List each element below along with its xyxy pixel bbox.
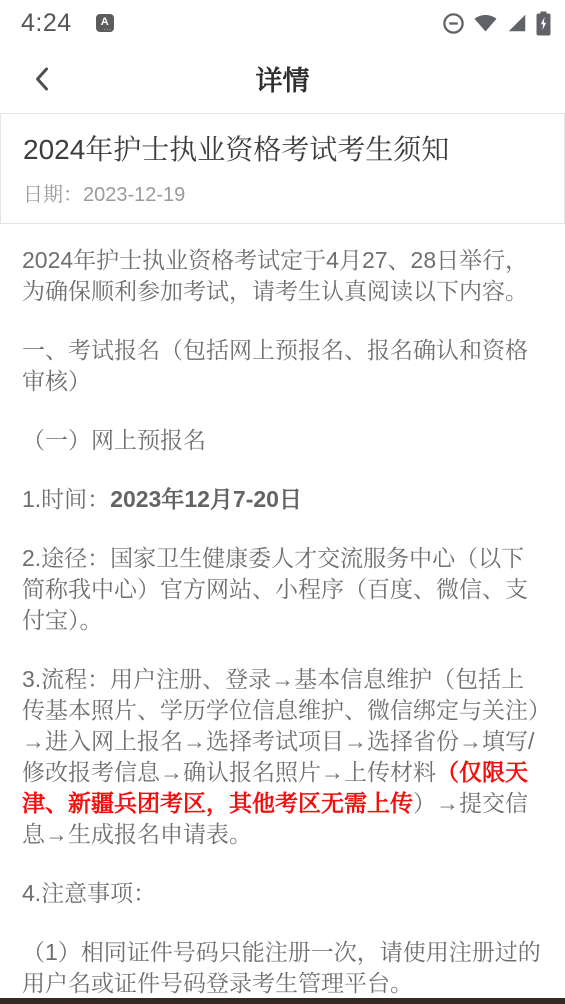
battery-charging-icon: [536, 11, 551, 36]
app-badge-dots: ...: [104, 28, 112, 31]
article-date-label: 日期：: [23, 184, 83, 206]
paragraph-intro: 2024年护士执业资格考试定于4月27、28日举行，为确保顺利参加考试，请考生认…: [22, 245, 543, 307]
paragraph-section1: 一、考试报名（包括网上预报名、报名确认和资格审核）: [22, 335, 543, 397]
page-title: 详情: [256, 59, 310, 98]
status-time: 4:24: [21, 9, 72, 38]
paragraph-process: 3.流程：用户注册、登录→基本信息维护（包括上传基本照片、学历学位信息维护、微信…: [22, 664, 543, 850]
paragraph-channel: 2.途径：国家卫生健康委人才交流服务中心（以下简称我中心）官方网站、小程序（百度…: [22, 543, 543, 636]
paragraph-time: 1.时间：2023年12月7-20日: [22, 484, 543, 515]
status-bar-right: [442, 11, 551, 36]
back-button[interactable]: [26, 63, 58, 95]
time-value: 2023年12月7-20日: [110, 486, 302, 512]
header: 详情: [0, 44, 565, 113]
article-date-value: 2023-12-19: [83, 184, 185, 206]
article-body: 2024年护士执业资格考试定于4月27、28日举行，为确保顺利参加考试，请考生认…: [0, 224, 565, 999]
notification-app-icon: A ...: [96, 14, 114, 32]
paragraph-note1: （1）相同证件号码只能注册一次，请使用注册过的用户名或证件号码登录考生管理平台。: [22, 937, 543, 999]
wifi-icon: [473, 12, 498, 34]
status-bar-left: 4:24 A ...: [21, 9, 114, 38]
article-header: 2024年护士执业资格考试考生须知 日期：2023-12-19: [0, 113, 565, 224]
time-label: 1.时间：: [22, 486, 110, 512]
article-date: 日期：2023-12-19: [23, 178, 542, 207]
navigation-bar-strip: [0, 998, 565, 1004]
chevron-left-icon: [32, 66, 52, 92]
status-bar: 4:24 A ...: [0, 0, 565, 44]
cellular-signal-icon: [506, 12, 528, 34]
paragraph-subsection1: （一）网上预报名: [22, 425, 543, 456]
paragraph-notes-heading: 4.注意事项：: [22, 878, 543, 909]
article-title: 2024年护士执业资格考试考生须知: [23, 128, 542, 168]
do-not-disturb-icon: [442, 12, 465, 35]
